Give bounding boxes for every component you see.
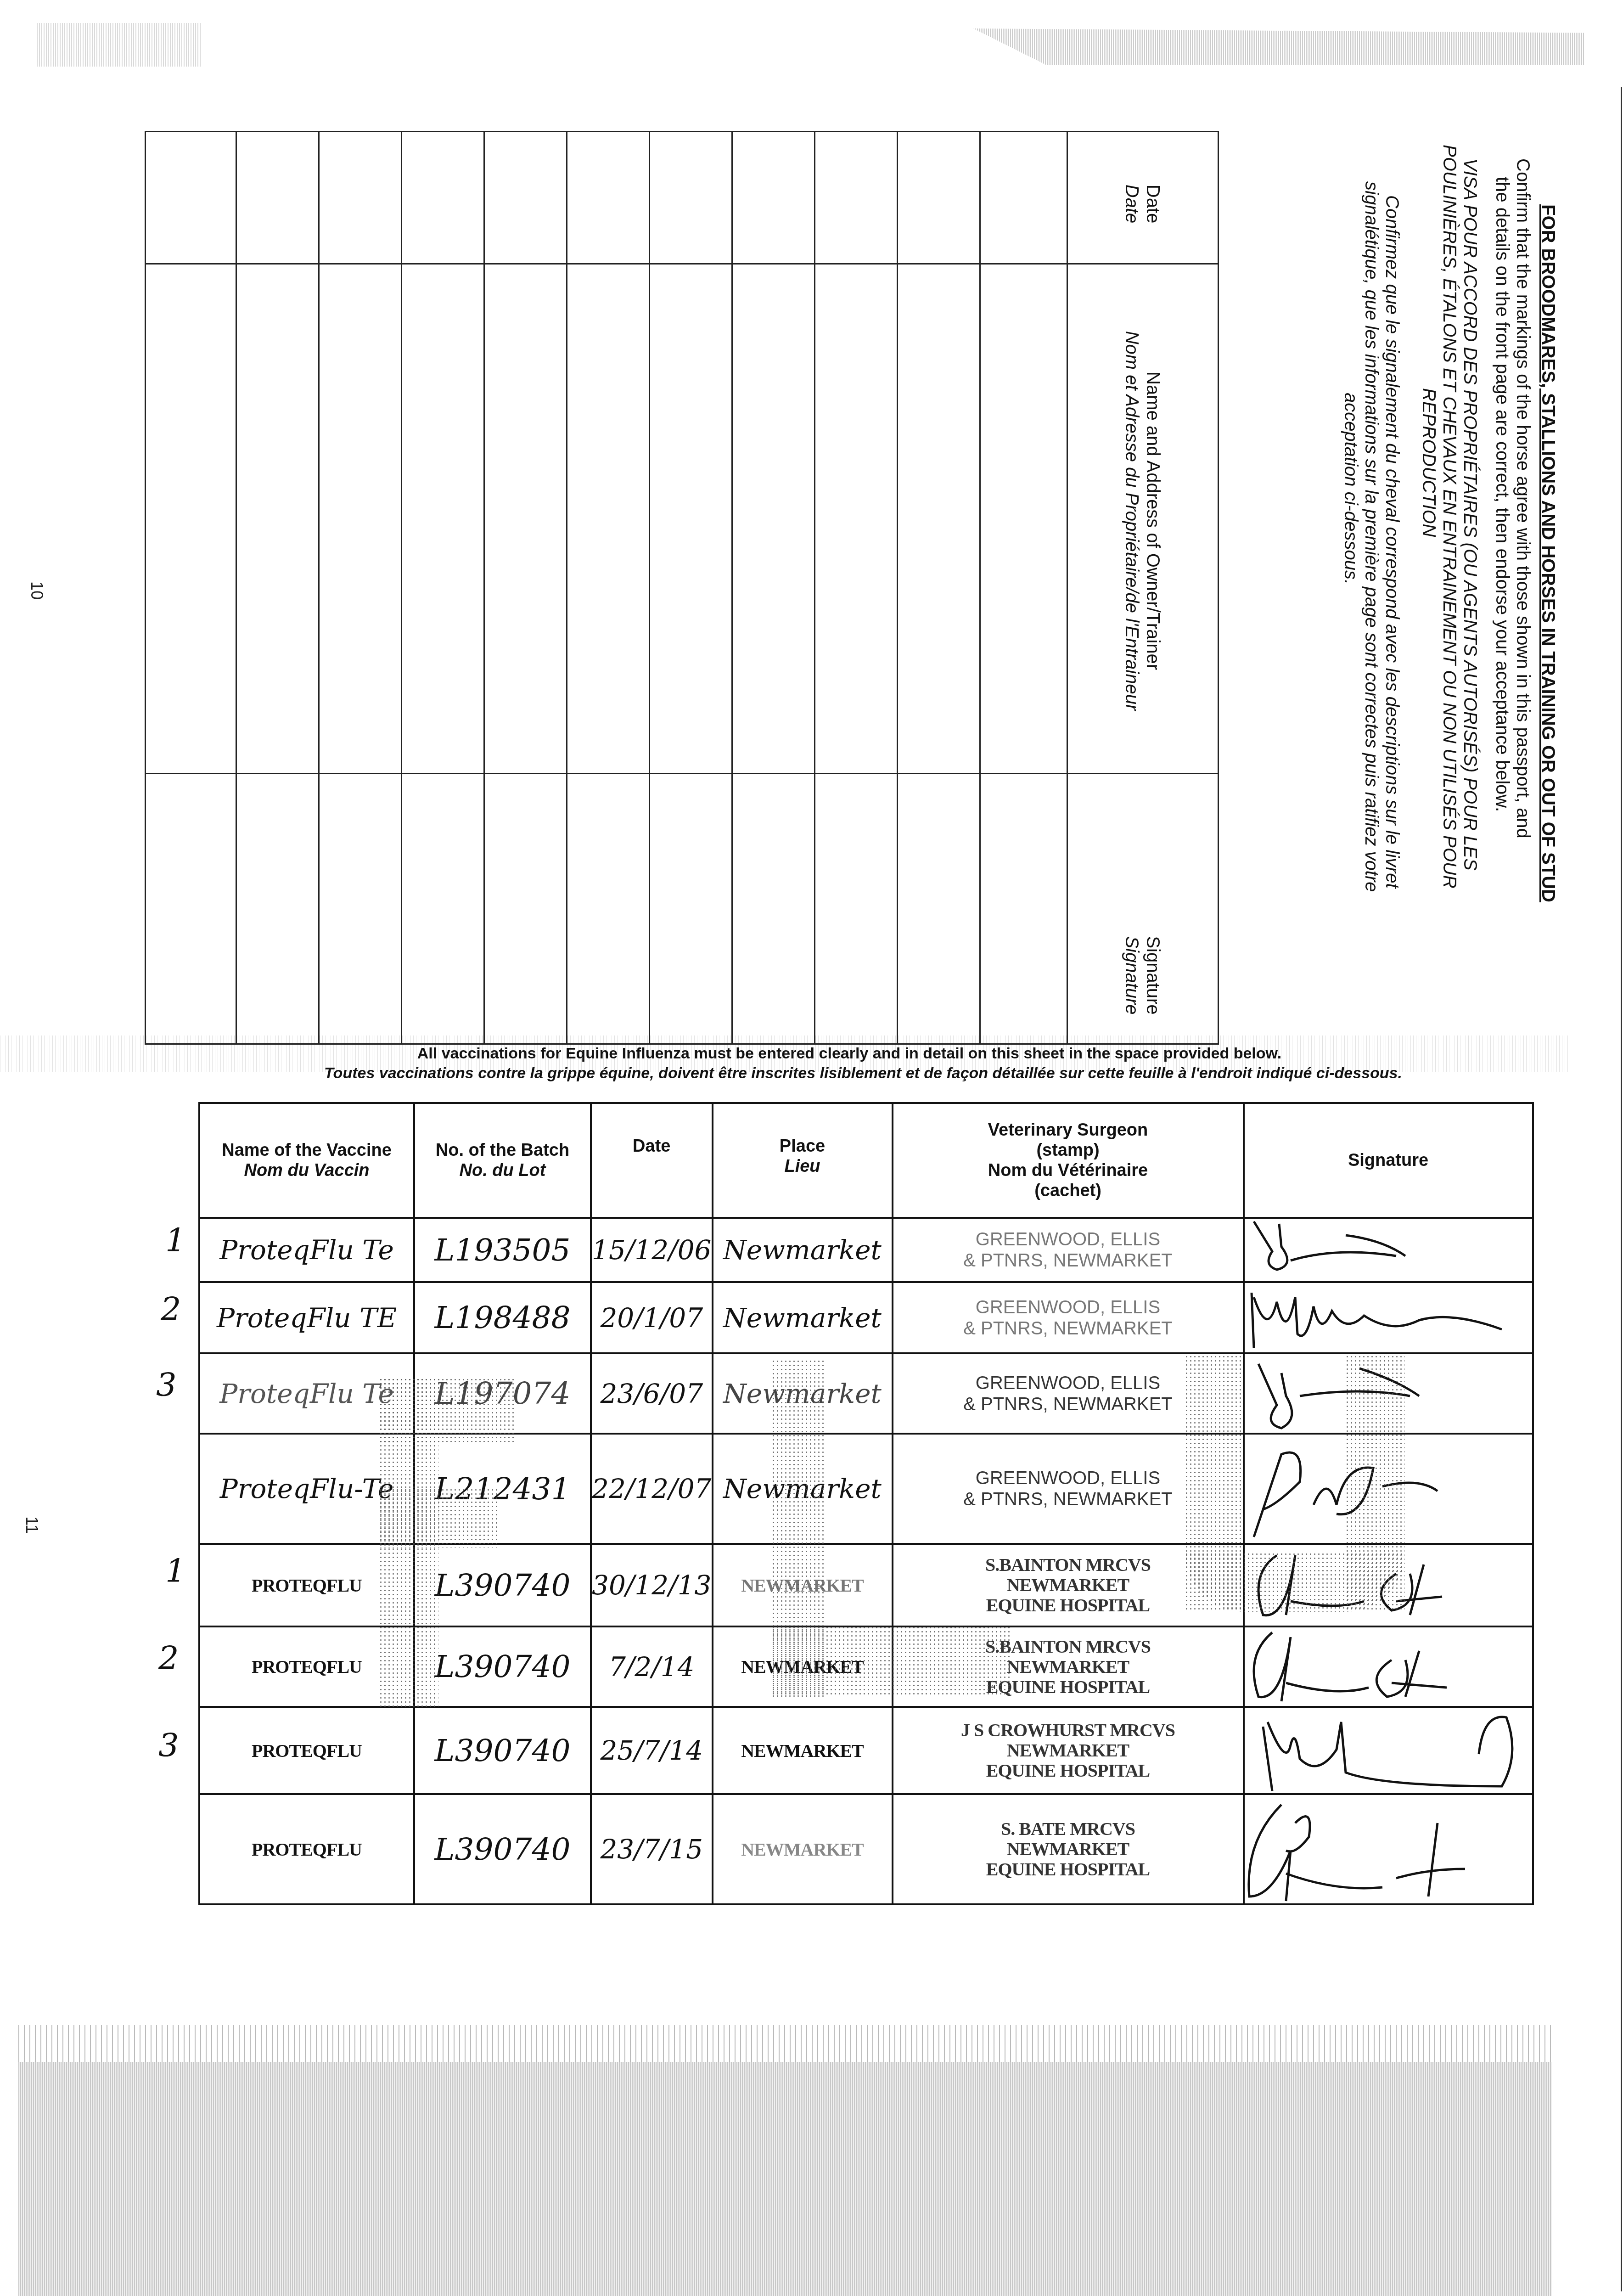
table-row: PROTEQFLU L390740 25/7/14 NEWMARKET J S … xyxy=(199,1707,1533,1794)
cell-batch: L390740 xyxy=(414,1794,591,1904)
heading-fr-line-1: VISA POUR ACCORD DES PROPRIÉTAIRES (OU A… xyxy=(1460,158,1481,871)
owner-endorsement-table: Date Date Name and Address of Owner/Trai… xyxy=(145,131,1219,1045)
batch-number: L390740 xyxy=(435,1649,571,1684)
cell-date: 25/7/14 xyxy=(591,1707,713,1794)
vaccination-date: 25/7/14 xyxy=(600,1735,703,1766)
row-marker: 1 xyxy=(165,1221,186,1259)
header-vaccine-name: Name of the Vaccine Nom du Vaccin xyxy=(199,1103,414,1218)
table-row: PROTEQFLU L390740 23/7/15 NEWMARKET S. B… xyxy=(199,1794,1533,1904)
header-veterinary-surgeon: Veterinary Surgeon (stamp) Nom du Vétéri… xyxy=(893,1103,1244,1218)
table-row-divider xyxy=(731,132,733,1043)
table-row-divider xyxy=(649,132,650,1043)
cell-date: 7/2/14 xyxy=(591,1626,713,1707)
instruction-fr-line-3: acceptation ci-dessous. xyxy=(1340,393,1361,585)
cell-date: 20/1/07 xyxy=(591,1282,713,1353)
cell-date: 23/7/15 xyxy=(591,1794,713,1904)
vaccination-place: Newmarket xyxy=(723,1234,882,1266)
cell-vaccine: PROTEQFLU xyxy=(199,1707,414,1794)
table-row-divider xyxy=(566,132,567,1043)
vaccine-name: PROTEQFLU xyxy=(252,1740,362,1761)
instruction-fr-line-1: Confirmez que le signalement du cheval c… xyxy=(1382,195,1403,889)
row-marker: 3 xyxy=(156,1366,177,1404)
redaction-overlay xyxy=(1185,1552,1405,1612)
instruction-en-line-1: Confirm that the markings of the horse a… xyxy=(1512,158,1533,838)
signature-mark xyxy=(1245,1219,1529,1281)
scan-grey-area xyxy=(18,2062,1552,2296)
table-row: ProteqFlu Te L193505 15/12/06 Newmarket … xyxy=(199,1218,1533,1282)
column-header-signature: Signature Signature xyxy=(1121,916,1163,1035)
vaccination-place: Newmarket xyxy=(723,1302,882,1334)
cell-vet-stamp: GREENWOOD, ELLIS & PTNRS, NEWMARKET xyxy=(893,1218,1244,1282)
vet-stamp-line: S. BATE MRCVS xyxy=(893,1819,1243,1839)
vaccine-name: ProteqFlu Te xyxy=(219,1378,394,1409)
vet-stamp-line: EQUINE HOSPITAL xyxy=(893,1859,1243,1880)
vet-stamp-line: GREENWOOD, ELLIS xyxy=(893,1229,1243,1250)
vet-stamp-line: NEWMARKET xyxy=(893,1740,1243,1761)
heading-fr-line-2: POULINIÈRES, ÉTALONS ET CHEVAUX EN ENTRA… xyxy=(1439,145,1460,889)
batch-number: L198488 xyxy=(435,1300,571,1335)
page-edge xyxy=(1621,87,1622,2291)
cell-signature xyxy=(1244,1282,1533,1353)
table-header-divider xyxy=(1067,132,1068,1043)
vaccination-place: NEWMARKET xyxy=(741,1839,864,1860)
notice-fr: Toutes vaccinations contre la grippe équ… xyxy=(202,1064,1524,1082)
header-place: Place Lieu xyxy=(713,1103,893,1218)
notice-en: All vaccinations for Equine Influenza mu… xyxy=(321,1045,1377,1063)
table-row-divider xyxy=(979,132,981,1043)
cell-place: NEWMARKET xyxy=(713,1707,893,1794)
scan-artifact-top-left xyxy=(37,23,202,67)
redaction-overlay xyxy=(379,1488,498,1548)
redaction-overlay xyxy=(771,1626,1010,1694)
cell-signature xyxy=(1244,1218,1533,1282)
table-divider xyxy=(146,773,1218,774)
vaccination-date: 23/6/07 xyxy=(600,1378,703,1409)
cell-vaccine: ProteqFlu Te xyxy=(199,1218,414,1282)
table-row-divider xyxy=(236,132,237,1043)
signature-mark xyxy=(1245,1708,1529,1793)
batch-number: L390740 xyxy=(435,1733,571,1768)
column-header-owner: Name and Address of Owner/Trainer Nom et… xyxy=(1121,289,1163,753)
table-header-row: Name of the Vaccine Nom du Vaccin No. of… xyxy=(199,1103,1533,1218)
scan-artifact-top-right xyxy=(973,28,1584,65)
cell-place: NEWMARKET xyxy=(713,1794,893,1904)
vet-stamp-line: & PTNRS, NEWMARKET xyxy=(893,1250,1243,1271)
vet-stamp-line: & PTNRS, NEWMARKET xyxy=(893,1318,1243,1339)
header-date: Date xyxy=(591,1103,713,1218)
page-number-10: 10 xyxy=(27,581,46,600)
cell-signature xyxy=(1244,1794,1533,1904)
vaccination-place: NEWMARKET xyxy=(741,1740,864,1761)
header-signature: Signature xyxy=(1244,1103,1533,1218)
cell-batch: L390740 xyxy=(414,1707,591,1794)
vaccine-name: ProteqFlu TE xyxy=(217,1302,397,1334)
row-marker: 2 xyxy=(158,1639,179,1677)
cell-date: 22/12/07 xyxy=(591,1434,713,1544)
section-heading: FOR BROODMARES, STALLIONS AND HORSES IN … xyxy=(1538,204,1559,902)
cell-batch: L193505 xyxy=(414,1218,591,1282)
table-row: ProteqFlu TE L198488 20/1/07 Newmarket G… xyxy=(199,1282,1533,1353)
signature-mark xyxy=(1245,1795,1529,1903)
table-row-divider xyxy=(814,132,815,1043)
vaccination-date: 22/12/07 xyxy=(592,1473,712,1504)
vet-stamp-line: EQUINE HOSPITAL xyxy=(893,1761,1243,1781)
header-batch-number: No. of the Batch No. du Lot xyxy=(414,1103,591,1218)
table-row-divider xyxy=(318,132,320,1043)
vaccine-name: PROTEQFLU xyxy=(252,1575,362,1596)
cell-vet-stamp: S. BATE MRCVS NEWMARKET EQUINE HOSPITAL xyxy=(893,1794,1244,1904)
vaccination-date: 23/7/15 xyxy=(600,1834,703,1865)
vaccination-date: 15/12/06 xyxy=(592,1234,712,1266)
cell-vaccine: PROTEQFLU xyxy=(199,1794,414,1904)
cell-batch: L198488 xyxy=(414,1282,591,1353)
vaccine-name: PROTEQFLU xyxy=(252,1656,362,1677)
page-number-11: 11 xyxy=(22,1516,41,1533)
vet-stamp-line: GREENWOOD, ELLIS xyxy=(893,1297,1243,1318)
table-row-divider xyxy=(897,132,898,1043)
cell-date: 23/6/07 xyxy=(591,1353,713,1434)
heading-fr-line-3: REPRODUCTION xyxy=(1418,388,1439,537)
owner-endorsement-section: Date Date Name and Address of Owner/Trai… xyxy=(145,131,1582,1045)
batch-number: L390740 xyxy=(435,1832,571,1867)
batch-number: L193505 xyxy=(435,1232,571,1268)
table-row-divider xyxy=(483,132,485,1043)
redaction-overlay xyxy=(379,1378,517,1442)
row-marker: 2 xyxy=(161,1290,181,1328)
cell-vet-stamp: J S CROWHURST MRCVS NEWMARKET EQUINE HOS… xyxy=(893,1707,1244,1794)
cell-place: Newmarket xyxy=(713,1218,893,1282)
cell-vet-stamp: GREENWOOD, ELLIS & PTNRS, NEWMARKET xyxy=(893,1282,1244,1353)
vaccination-date: 20/1/07 xyxy=(600,1302,703,1334)
cell-signature xyxy=(1244,1626,1533,1707)
cell-vaccine: ProteqFlu TE xyxy=(199,1282,414,1353)
vaccination-date: 7/2/14 xyxy=(609,1651,695,1683)
cell-signature xyxy=(1244,1707,1533,1794)
table-row-divider xyxy=(401,132,402,1043)
instruction-en-line-2: the details on the front page are correc… xyxy=(1492,177,1513,812)
signature-mark xyxy=(1245,1283,1529,1352)
cell-date: 15/12/06 xyxy=(591,1218,713,1282)
instruction-fr-line-2: signalétique, que les informations sur l… xyxy=(1361,181,1382,892)
cell-place: Newmarket xyxy=(713,1282,893,1353)
vaccine-name: ProteqFlu Te xyxy=(219,1234,394,1266)
cell-batch: L390740 xyxy=(414,1626,591,1707)
vet-stamp-line: NEWMARKET xyxy=(893,1839,1243,1859)
row-marker: 1 xyxy=(165,1552,186,1590)
cell-batch: L390740 xyxy=(414,1544,591,1626)
vet-stamp-line: J S CROWHURST MRCVS xyxy=(893,1720,1243,1740)
cell-date: 30/12/13 xyxy=(591,1544,713,1626)
table-divider xyxy=(146,263,1218,264)
vaccine-name: PROTEQFLU xyxy=(252,1839,362,1860)
batch-number: L390740 xyxy=(435,1568,571,1603)
vaccine-name: ProteqFlu-Te xyxy=(220,1473,394,1504)
vaccination-date: 30/12/13 xyxy=(592,1570,712,1601)
row-marker: 3 xyxy=(158,1727,179,1764)
column-header-date: Date Date xyxy=(1121,140,1163,268)
signature-mark xyxy=(1245,1628,1529,1706)
scan-bleed-text xyxy=(18,2025,1552,2062)
